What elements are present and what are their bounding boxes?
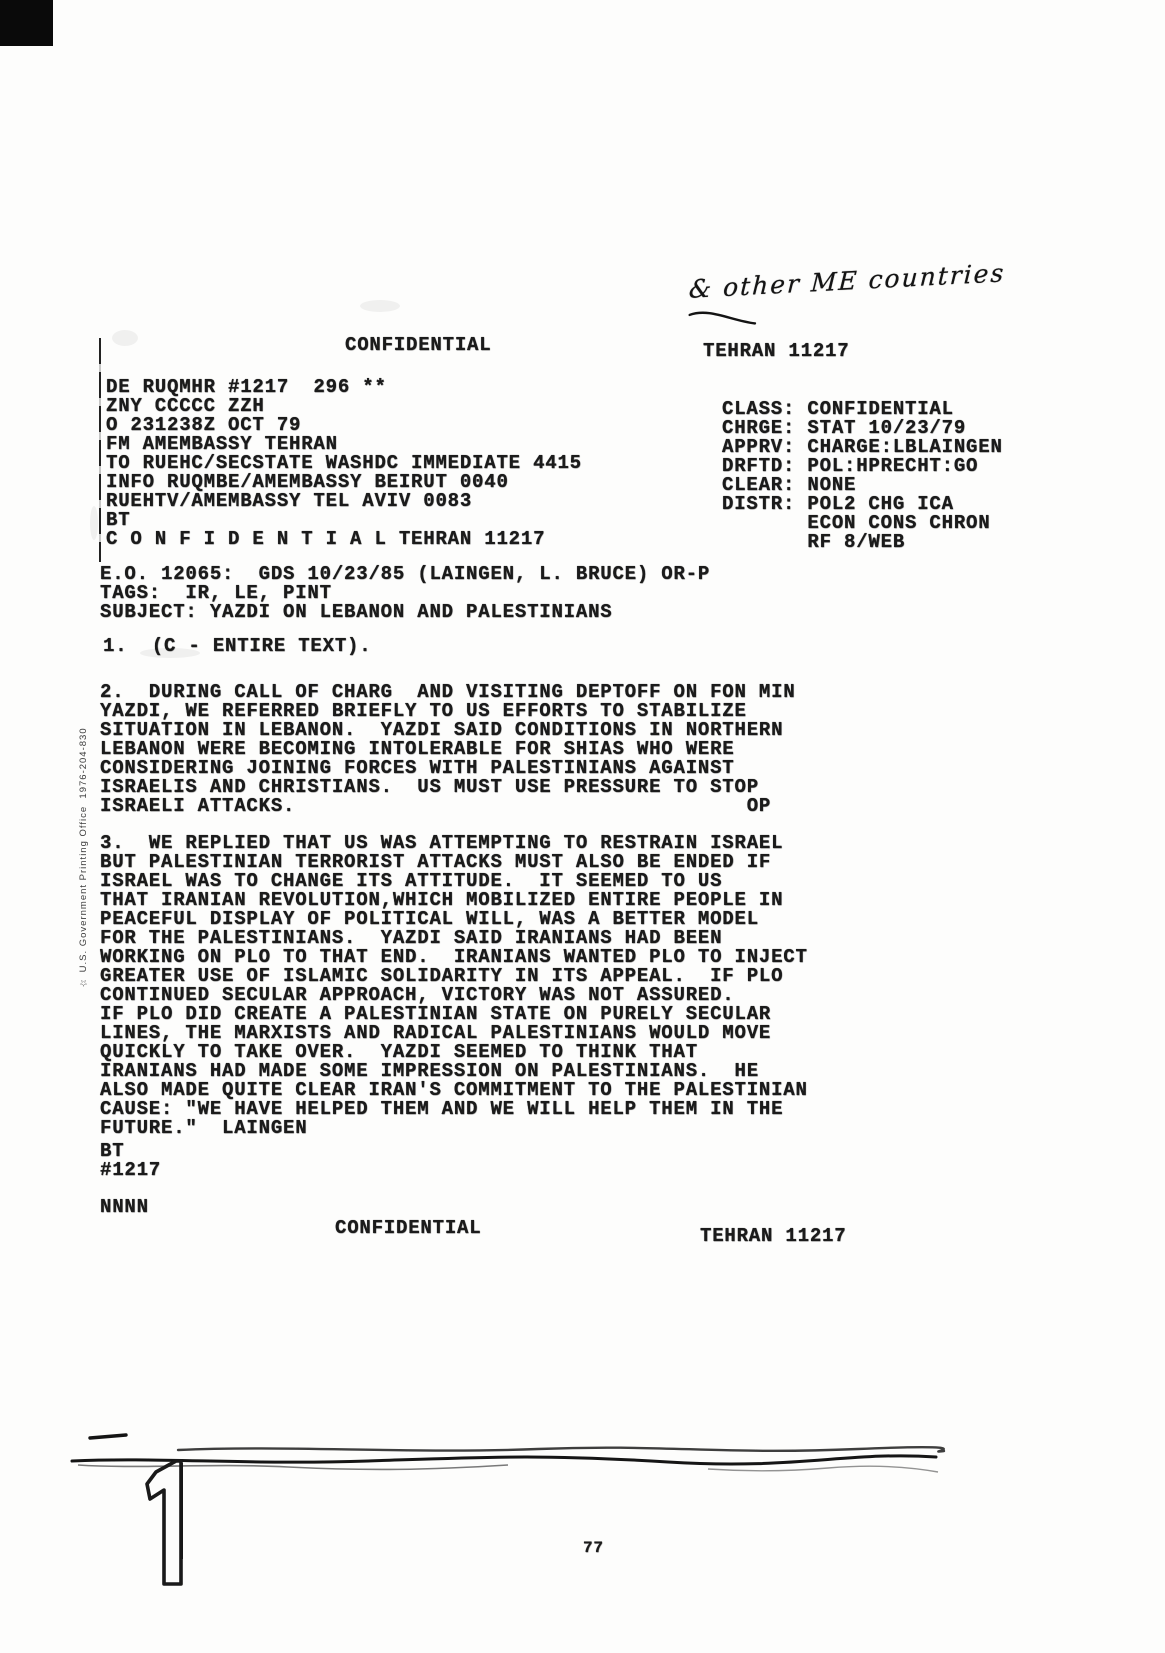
stamp-digit-1 <box>122 1458 198 1590</box>
cable-id-footer: TEHRAN 11217 <box>700 1227 846 1246</box>
paragraph-3: 3. WE REPLIED THAT US WAS ATTEMPTING TO … <box>100 834 808 1138</box>
scanned-cable-page: & other ME countries CONFIDENTIAL TEHRAN… <box>0 0 1165 1653</box>
margin-imprint: ☆ U.S. Government Printing Office 1976-2… <box>78 688 89 988</box>
handwriting-flourish <box>687 303 758 333</box>
admin-block: CLASS: CONFIDENTIAL CHRGE: STAT 10/23/79… <box>722 400 1003 552</box>
eom-marker: NNNN <box>100 1198 149 1217</box>
scan-smudge <box>360 300 400 312</box>
margin-rule <box>99 338 101 562</box>
closing-block: BT #1217 <box>100 1142 161 1180</box>
routing-block: DE RUQMHR #1217 296 ** ZNY CCCCC ZZH O 2… <box>106 378 582 549</box>
classification-footer: CONFIDENTIAL <box>335 1219 481 1238</box>
paragraph-2: 2. DURING CALL OF CHARG AND VISITING DEP… <box>100 683 796 816</box>
eo-tags-subject-block: E.O. 12065: GDS 10/23/85 (LAINGEN, L. BR… <box>100 565 710 622</box>
handwritten-annotation: & other ME countries <box>687 257 1030 333</box>
scratch-line <box>68 1424 948 1484</box>
scan-smudge <box>112 330 138 346</box>
classification-header: CONFIDENTIAL <box>345 336 491 355</box>
page-number: 77 <box>583 1540 604 1556</box>
scan-smudge <box>140 648 200 658</box>
cable-id-header: TEHRAN 11217 <box>703 342 849 361</box>
scan-corner-artifact <box>0 0 53 46</box>
handwritten-note-text: & other ME countries <box>688 258 1006 304</box>
stamp-vertical-stroke <box>180 1463 183 1559</box>
scan-smudge <box>90 506 98 540</box>
